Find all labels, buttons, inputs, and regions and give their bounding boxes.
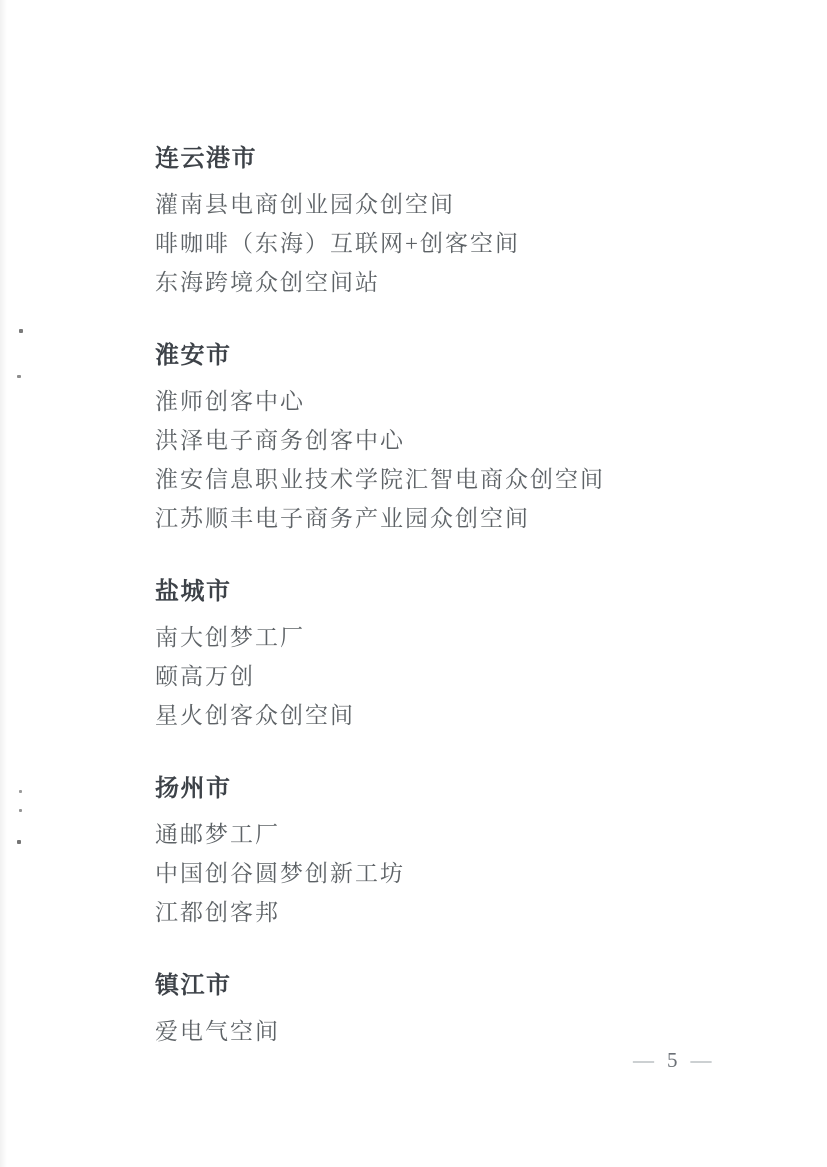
page-number-dash-left: — <box>633 1048 654 1072</box>
city-section: 盐城市南大创梦工厂颐高万创星火创客众创空间 <box>155 575 715 735</box>
space-name: 南大创梦工厂 <box>155 618 715 657</box>
space-name: 灌南县电商创业园众创空间 <box>155 185 715 224</box>
city-section: 连云港市灌南县电商创业园众创空间啡咖啡（东海）互联网+创客空间东海跨境众创空间站 <box>155 142 715 302</box>
document-page: 连云港市灌南县电商创业园众创空间啡咖啡（东海）互联网+创客空间东海跨境众创空间站… <box>0 0 827 1167</box>
space-name: 颐高万创 <box>155 657 715 696</box>
city-heading: 连云港市 <box>155 142 715 175</box>
page-number-dash-right: — <box>691 1048 712 1072</box>
page-number: 5 <box>667 1048 678 1072</box>
space-name: 江都创客邦 <box>155 893 715 932</box>
scan-speck <box>17 375 21 378</box>
page-footer: — 5 — <box>633 1048 712 1072</box>
city-heading: 淮安市 <box>155 339 715 372</box>
city-section: 镇江市爱电气空间 <box>155 969 715 1051</box>
scan-speck <box>19 809 22 812</box>
city-heading: 扬州市 <box>155 772 715 805</box>
space-name: 淮师创客中心 <box>155 382 715 421</box>
scan-speck <box>19 790 22 793</box>
city-section: 淮安市淮师创客中心洪泽电子商务创客中心淮安信息职业技术学院汇智电商众创空间江苏顺… <box>155 339 715 538</box>
space-name: 星火创客众创空间 <box>155 696 715 735</box>
space-name: 洪泽电子商务创客中心 <box>155 421 715 460</box>
scan-speck <box>19 329 23 333</box>
scan-speck <box>17 840 21 844</box>
space-name: 淮安信息职业技术学院汇智电商众创空间 <box>155 460 715 499</box>
space-name: 东海跨境众创空间站 <box>155 263 715 302</box>
city-section: 扬州市通邮梦工厂中国创谷圆梦创新工坊江都创客邦 <box>155 772 715 932</box>
space-name: 啡咖啡（东海）互联网+创客空间 <box>155 224 715 263</box>
space-name: 通邮梦工厂 <box>155 815 715 854</box>
space-name: 爱电气空间 <box>155 1012 715 1051</box>
city-heading: 盐城市 <box>155 575 715 608</box>
space-name: 中国创谷圆梦创新工坊 <box>155 854 715 893</box>
document-content: 连云港市灌南县电商创业园众创空间啡咖啡（东海）互联网+创客空间东海跨境众创空间站… <box>155 142 715 1088</box>
space-name: 江苏顺丰电子商务产业园众创空间 <box>155 499 715 538</box>
city-heading: 镇江市 <box>155 969 715 1002</box>
